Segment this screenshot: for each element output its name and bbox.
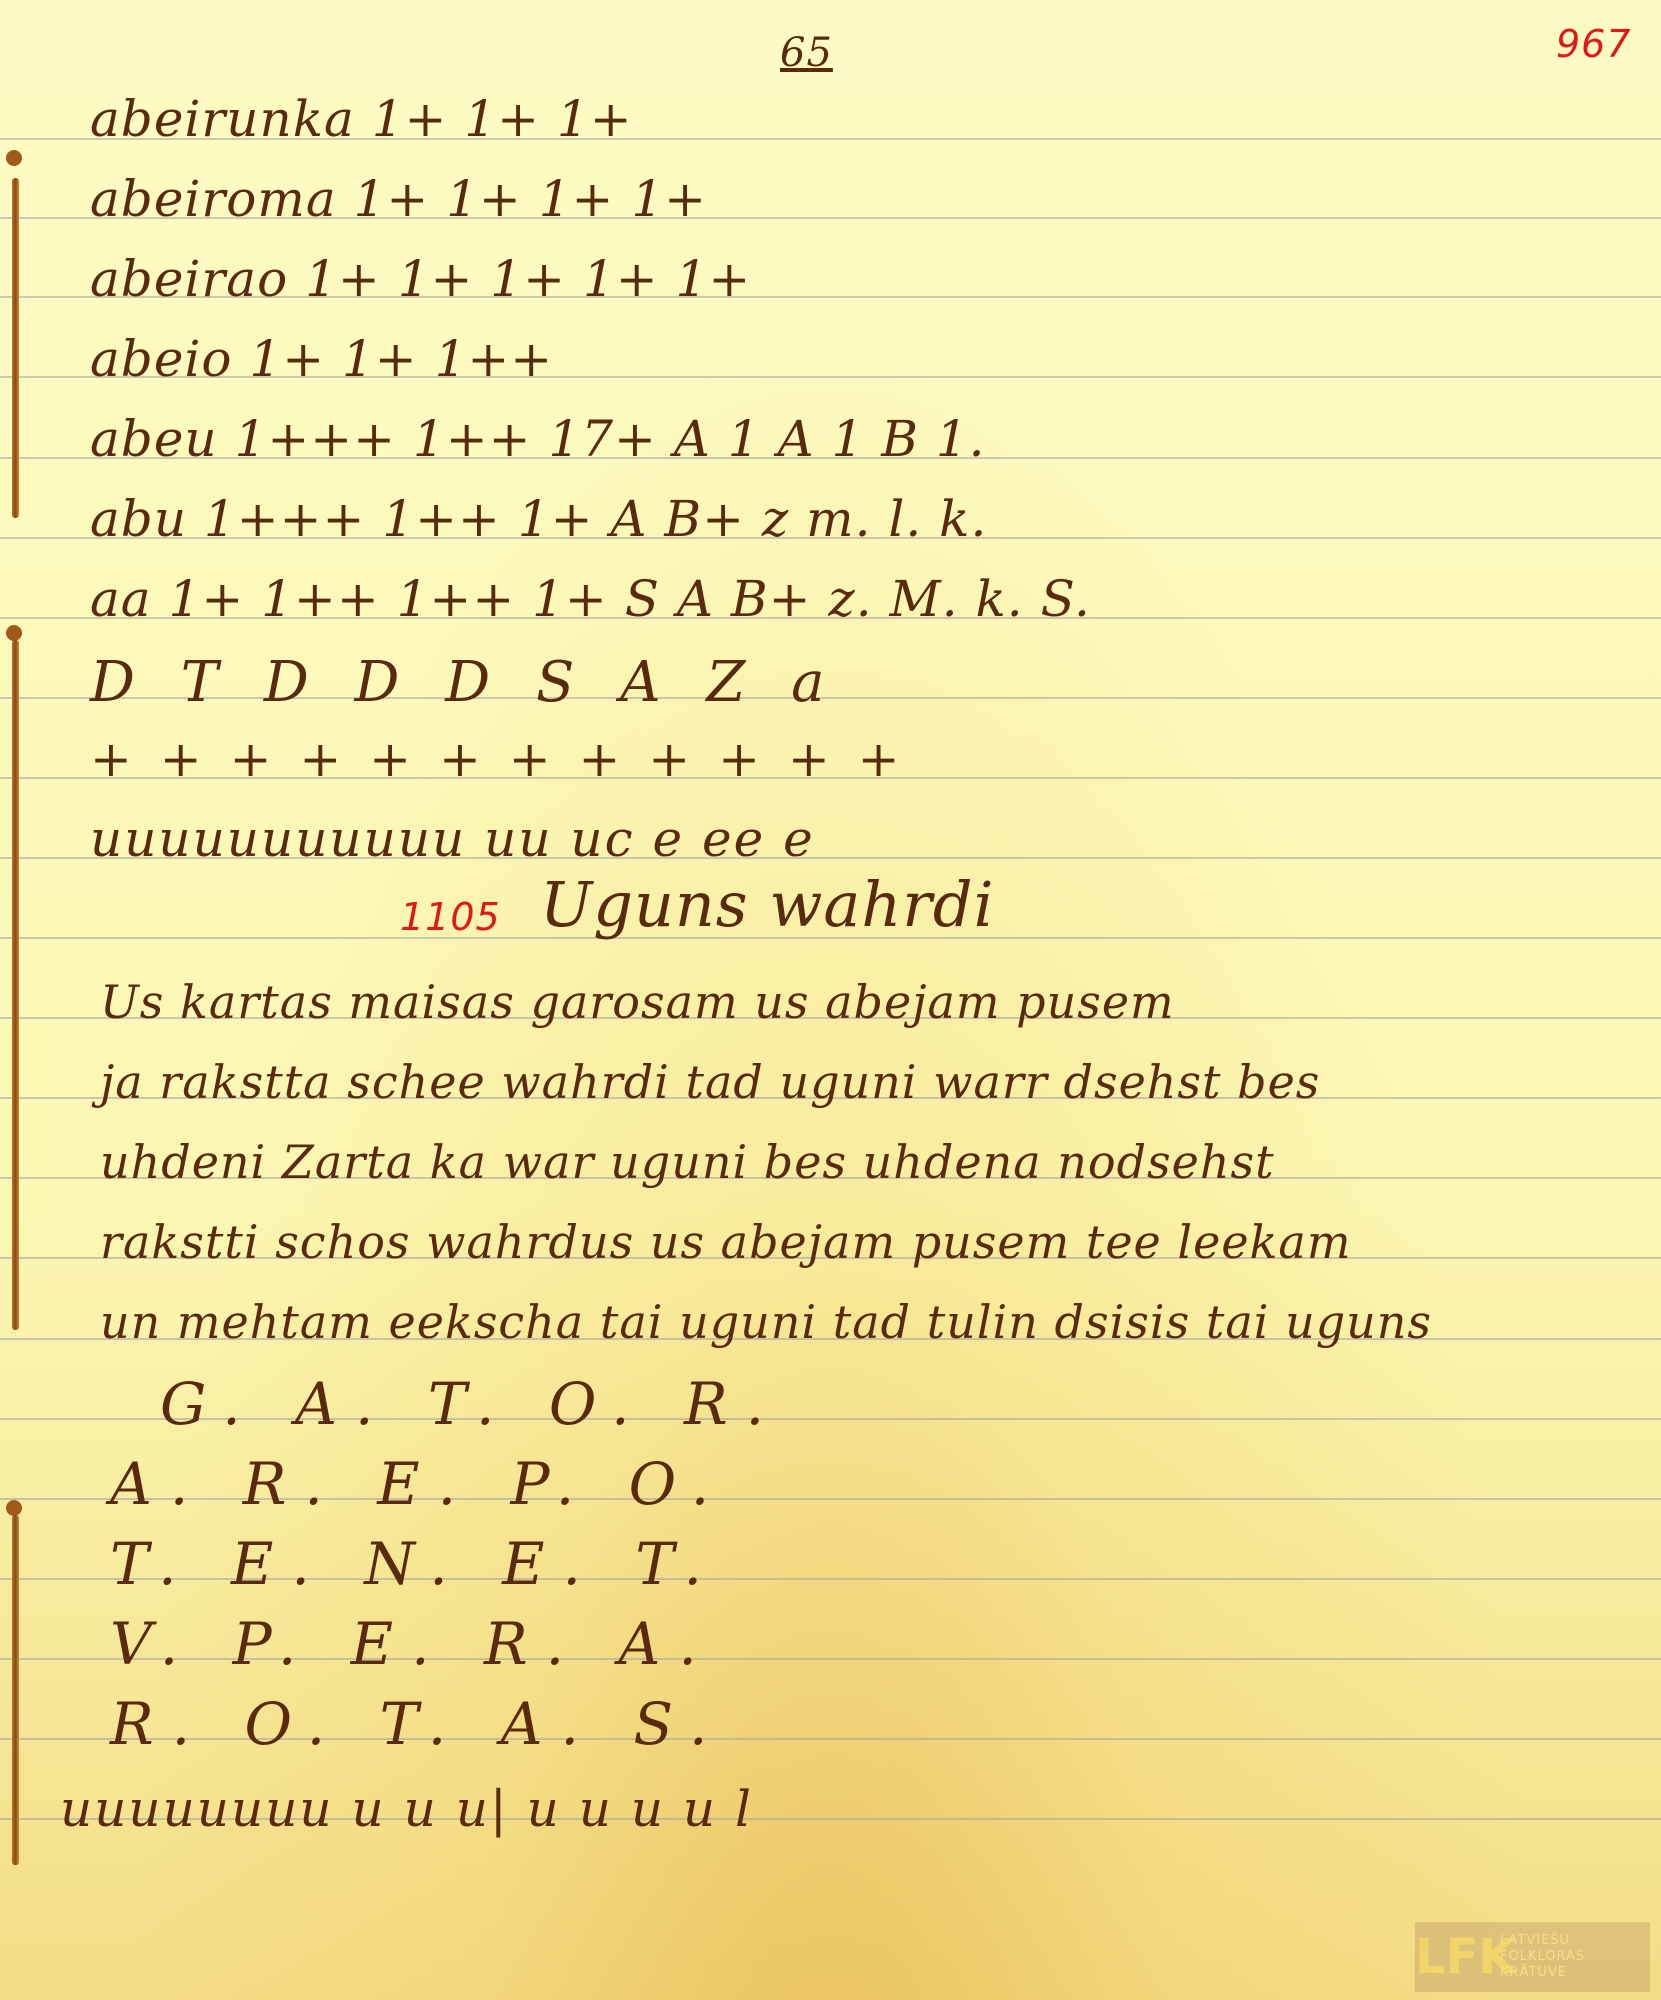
- page-number: 65: [780, 30, 833, 76]
- practice-line: abeio 1+ 1+ 1++: [90, 330, 553, 388]
- archive-number: 967: [1556, 22, 1632, 66]
- charm-number: 1105: [400, 895, 501, 939]
- practice-line: + + + + + + + + + + + +: [90, 730, 906, 788]
- practice-line: abeiroma 1+ 1+ 1+ 1+: [90, 170, 707, 228]
- practice-squiggle: uuuuuuuu u u u| u u u u l: [60, 1780, 753, 1838]
- manuscript-page: 65 967 abeirunka 1+ 1+ 1+ abeiroma 1+ 1+…: [0, 0, 1661, 2000]
- practice-line: uuuuuuuuuuu uu uc e ee e: [90, 810, 815, 868]
- logo-line: KRĀTUVE: [1500, 1965, 1585, 1981]
- sator-square-row: A. R. E. P. O.: [110, 1450, 727, 1518]
- charm-text-line: ja rakstta schee wahrdi tad uguni warr d…: [100, 1055, 1320, 1109]
- logo-text: LATVIEŠU FOLKLORAS KRĀTUVE: [1500, 1933, 1585, 1981]
- practice-line: abeirao 1+ 1+ 1+ 1+ 1+: [90, 250, 751, 308]
- binding-hole-icon: [6, 1500, 22, 1516]
- charm-text-line: rakstti schos wahrdus us abejam pusem te…: [100, 1215, 1351, 1269]
- binding-hole-icon: [6, 150, 22, 166]
- binding-thread: [12, 1515, 19, 1865]
- charm-title: Uguns wahrdi: [540, 868, 994, 941]
- logo-line: FOLKLORAS: [1500, 1949, 1585, 1965]
- sator-square-row: G. A. T. O. R.: [160, 1370, 782, 1438]
- practice-line: D T D D D S A Z a: [90, 650, 838, 715]
- charm-text-line: Us kartas maisas garosam us abejam pusem: [100, 975, 1175, 1029]
- binding-thread: [12, 640, 19, 1330]
- binding-thread: [12, 178, 19, 518]
- binding-hole-icon: [6, 625, 22, 641]
- practice-line: aa 1+ 1++ 1++ 1+ S A B+ z. M. k. S.: [90, 570, 1091, 628]
- sator-square-row: T. E. N. E. T.: [110, 1530, 720, 1598]
- sator-square-row: V. P. E. R. A.: [110, 1610, 715, 1678]
- charm-text-line: un mehtam eekscha tai uguni tad tulin ds…: [100, 1295, 1432, 1349]
- practice-line: abu 1+++ 1++ 1+ A B+ z m. l. k.: [90, 490, 987, 548]
- practice-line: abeirunka 1+ 1+ 1+: [90, 90, 633, 148]
- archive-logo: LFK LATVIEŠU FOLKLORAS KRĀTUVE: [1415, 1922, 1650, 1992]
- charm-text-line: uhdeni Zarta ka war uguni bes uhdena nod…: [100, 1135, 1275, 1189]
- lfk-logo-icon: LFK: [1415, 1929, 1500, 1985]
- logo-line: LATVIEŠU: [1500, 1933, 1585, 1949]
- sator-square-row: R. O. T. A. S.: [110, 1690, 725, 1758]
- practice-line: abeu 1+++ 1++ 17+ A 1 A 1 B 1.: [90, 410, 986, 468]
